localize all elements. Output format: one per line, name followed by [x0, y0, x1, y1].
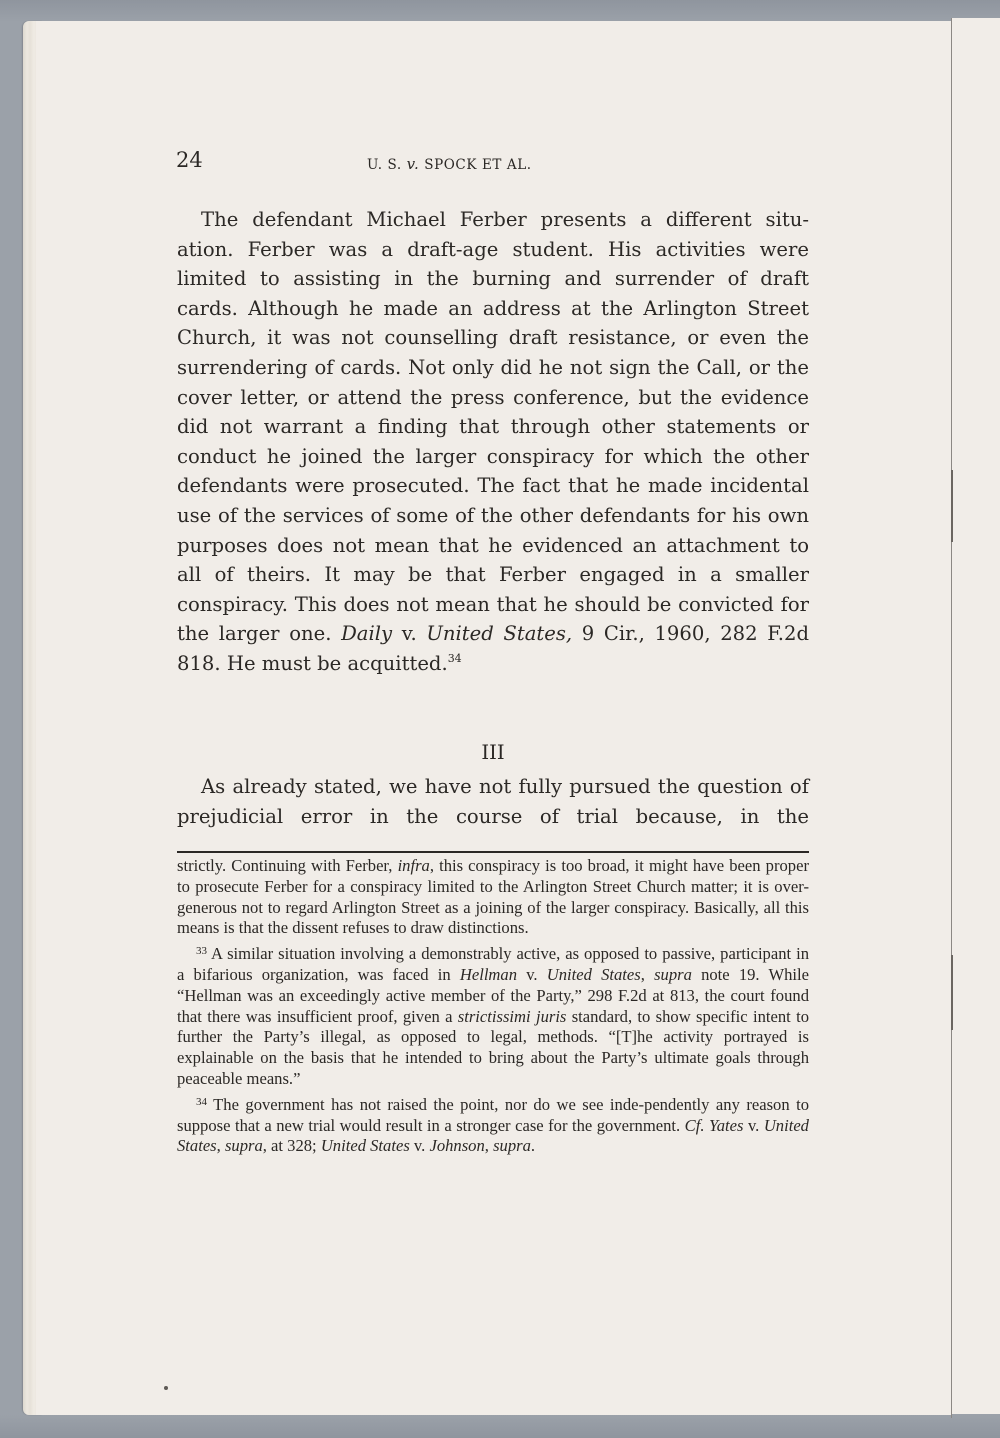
- italic-run: strictissimi juris: [458, 1007, 567, 1026]
- footnotes: strictly. Continuing with Ferber, infra,…: [177, 856, 809, 1162]
- case-name: Daily: [341, 622, 392, 645]
- text-run: v.: [743, 1116, 763, 1135]
- binding-mark: [951, 470, 953, 542]
- running-title-part: U. S.: [367, 157, 407, 173]
- text-run: strictly. Continuing with Ferber,: [177, 856, 398, 875]
- italic-run: Johnson: [429, 1136, 484, 1155]
- page-number: 24: [176, 148, 203, 172]
- italic-run: United States: [321, 1136, 410, 1155]
- case-name: United States,: [426, 622, 572, 645]
- running-title-versus: v.: [407, 155, 420, 173]
- page-fold-line: [951, 18, 952, 1418]
- footnote-number: 34: [196, 1096, 207, 1108]
- italic-run: supra: [225, 1136, 263, 1155]
- italic-run: United States: [547, 965, 641, 984]
- running-header: 24 U. S. v. SPOCK ET AL.: [176, 148, 816, 178]
- italic-run: infra: [398, 856, 430, 875]
- paragraph-ferber: The defendant Michael Ferber presents a …: [177, 205, 809, 679]
- section-heading: III: [177, 741, 809, 764]
- italic-run: Hellman: [460, 965, 517, 984]
- text-run: v.: [410, 1136, 430, 1155]
- binding-mark: [951, 955, 953, 1030]
- italic-run: supra: [493, 1136, 531, 1155]
- footnote-33: 33 A similar situation involving a demon…: [177, 944, 809, 1090]
- facing-page-edge: [952, 18, 1000, 1414]
- text-run: The defendant Michael Ferber presents a …: [177, 208, 809, 645]
- footnote-divider: [177, 851, 809, 853]
- text-run: ,: [641, 965, 654, 984]
- paper-speck: [164, 1386, 168, 1390]
- text-run: .: [531, 1136, 535, 1155]
- italic-run: Cf. Yates: [685, 1116, 744, 1135]
- italic-run: supra: [654, 965, 692, 984]
- running-title-part: SPOCK ET AL.: [419, 157, 531, 173]
- footnote-number: 33: [196, 945, 207, 957]
- paragraph-prejudicial-error: As already stated, we have not fully pur…: [177, 772, 809, 831]
- text-run: v.: [392, 622, 426, 645]
- text-run: ,: [485, 1136, 493, 1155]
- footnote-reference: 34: [448, 652, 462, 665]
- main-text: The defendant Michael Ferber presents a …: [177, 205, 809, 679]
- footnote-continuation: strictly. Continuing with Ferber, infra,…: [177, 856, 809, 939]
- main-text-continued: As already stated, we have not fully pur…: [177, 772, 809, 831]
- text-run: , at 328;: [263, 1136, 321, 1155]
- footnote-34: 34 The government has not raised the poi…: [177, 1095, 809, 1157]
- text-run: v.: [517, 965, 547, 984]
- text-run: ,: [217, 1136, 225, 1155]
- running-title: U. S. v. SPOCK ET AL.: [367, 155, 532, 173]
